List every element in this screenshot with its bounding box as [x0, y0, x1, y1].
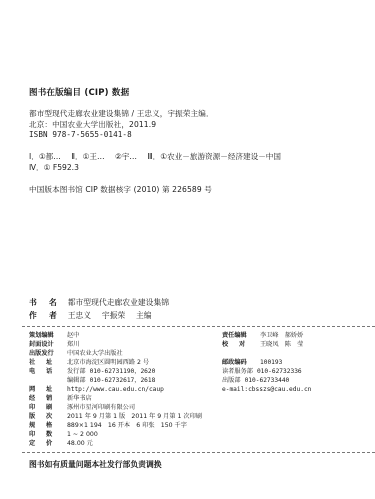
detail-label: 销	[46, 395, 63, 403]
detail-label: 电	[29, 368, 46, 376]
detail-label: 话	[46, 368, 63, 376]
classif-item: ②宇…	[115, 152, 137, 161]
book-title-value: 都市型现代走廊农业建设集锦	[68, 298, 169, 307]
detail-row-postcode: 邮政编码100193	[222, 359, 282, 367]
detail-row-price: 定价48.00 元	[29, 440, 93, 448]
detail-value: 010-62732336	[257, 368, 302, 375]
detail-value: 新华书店	[67, 395, 92, 402]
detail-label: 址	[46, 386, 63, 394]
classif-item: Ⅰ．①都…	[29, 152, 61, 161]
detail-label: 址	[46, 359, 63, 367]
detail-row-phone-distribution: 电话发行部010-62731190，2620	[29, 368, 155, 376]
cip-title: 图书在版编目 (CIP) 数据	[29, 86, 129, 98]
author-role: 主编	[136, 311, 152, 320]
detail-label: 印	[29, 404, 46, 412]
detail-label: 校	[222, 341, 239, 349]
detail-label: 对	[239, 341, 256, 349]
detail-value: 010-62733440	[245, 377, 290, 384]
divider-top	[22, 326, 375, 327]
detail-label: 刷	[46, 404, 63, 412]
detail-label: 封面设计	[29, 341, 63, 349]
detail-label: 格	[46, 422, 63, 430]
detail-row-printer: 印刷涿州市星河印刷有限公司	[29, 404, 135, 412]
detail-value: 010-62732617，2618	[90, 377, 156, 384]
label-char: 名	[49, 297, 61, 308]
book-title-row: 书名 都市型现代走廊农业建设集锦	[29, 297, 169, 308]
classif-item: Ⅳ．① F592.3	[29, 163, 79, 172]
email-link[interactable]: e-mail:cbsszs@cau.edu.cn	[222, 386, 311, 393]
cip-classification-line2: Ⅳ．① F592.3	[29, 162, 87, 173]
detail-value: 889×1 194 16 开本 6 印张 150 千字	[67, 422, 187, 429]
detail-label: 社	[29, 359, 46, 367]
detail-value: 2011 年 9 月第 1 版 2011 年 9 月第 1 次印刷	[67, 413, 202, 420]
detail-label: 定	[29, 440, 46, 448]
detail-label: 邮政编码	[222, 359, 256, 367]
cip-line-title-author: 都市型现代走廊农业建设集锦 / 王忠义，宇振荣主编．	[29, 108, 214, 119]
detail-row-address: 社址北京市海淀区圆明园西路 2 号	[29, 359, 149, 367]
detail-row-edition: 版次2011 年 9 月第 1 版 2011 年 9 月第 1 次印刷	[29, 413, 202, 421]
detail-value: 北京市海淀区圆明园西路 2 号	[67, 359, 149, 366]
detail-label: 网	[29, 386, 46, 394]
detail-value: 赵中	[67, 332, 79, 339]
footer-note: 图书如有质量问题本社发行部负责调换	[29, 459, 162, 470]
detail-row-responsible-editor: 责任编辑李卫峰 郝娇娇	[222, 332, 303, 340]
classif-item: Ⅱ．①王…	[71, 152, 104, 161]
label-char: 书	[29, 297, 41, 308]
book-author-row: 作者 王忠义 宇振荣 主编	[29, 310, 152, 321]
detail-value: 1 ~ 2 000	[67, 431, 98, 438]
detail-label: 规	[29, 422, 46, 430]
detail-row-cover-design: 封面设计郑川	[29, 341, 79, 349]
detail-row-planning-editor: 策划编辑赵中	[29, 332, 79, 340]
cip-classification-line1: Ⅰ．①都… Ⅱ．①王… ②宇… Ⅲ．①农业－旅游资源－经济建设－中国	[29, 151, 289, 162]
author-value-2: 宇振荣	[102, 311, 125, 320]
detail-sublabel: 编辑部	[67, 377, 86, 384]
detail-row-distributor: 经销新华书店	[29, 395, 92, 403]
detail-label: 策划编辑	[29, 332, 63, 340]
detail-value: 010-62731190，2620	[90, 368, 156, 375]
detail-row-publishing-dept: 出版部010-62733440	[222, 377, 289, 385]
detail-sublabel: 发行部	[67, 368, 86, 375]
detail-label: 读者服务部	[222, 368, 253, 375]
detail-row-print-run: 印数1 ~ 2 000	[29, 431, 98, 439]
detail-label: 出版发行	[29, 350, 63, 358]
detail-label: 印	[29, 431, 46, 439]
detail-row-proofreader: 校对王晓凤 陈 莹	[222, 341, 303, 349]
cip-number: 中国版本图书馆 CIP 数据核字 (2010) 第 226589 号	[29, 184, 212, 195]
detail-label: 版	[29, 413, 46, 421]
detail-row-format: 规格889×1 194 16 开本 6 印张 150 千字	[29, 422, 187, 430]
detail-label: 价	[46, 440, 63, 448]
detail-value: 中国农业大学出版社	[67, 350, 123, 357]
detail-label: 次	[46, 413, 63, 421]
detail-value: 100193	[260, 359, 282, 366]
classif-item: Ⅲ．①农业－旅游资源－经济建设－中国	[147, 152, 281, 161]
label-char: 者	[49, 310, 61, 321]
detail-row-email: e-mail:cbsszs@cau.edu.cn	[222, 386, 311, 394]
detail-row-website: 网址http://www.cau.edu.cn/caup	[29, 386, 164, 394]
detail-value: 李卫峰 郝娇娇	[260, 332, 303, 339]
detail-row-publisher: 出版发行中国农业大学出版社	[29, 350, 123, 358]
label-char: 作	[29, 310, 41, 321]
detail-label: 责任编辑	[222, 332, 256, 340]
detail-label: 出版部	[222, 377, 241, 384]
detail-value: 涿州市星河印刷有限公司	[67, 404, 135, 411]
detail-row-phone-editorial: 编辑部010-62732617，2618	[29, 377, 155, 385]
detail-row-reader-service: 读者服务部010-62732336	[222, 368, 302, 376]
detail-label: 数	[46, 431, 63, 439]
detail-value: 郑川	[67, 341, 79, 348]
cip-line-publisher: 北京：中国农业大学出版社，2011.9	[29, 119, 156, 130]
detail-value: 48.00 元	[67, 440, 93, 447]
cip-line-isbn: ISBN 978-7-5655-0141-8	[29, 130, 132, 139]
website-link[interactable]: http://www.cau.edu.cn/caup	[67, 386, 164, 393]
detail-label: 经	[29, 395, 46, 403]
divider-bottom	[22, 452, 375, 453]
detail-value: 王晓凤 陈 莹	[260, 341, 303, 348]
author-value-1: 王忠义	[68, 311, 91, 320]
